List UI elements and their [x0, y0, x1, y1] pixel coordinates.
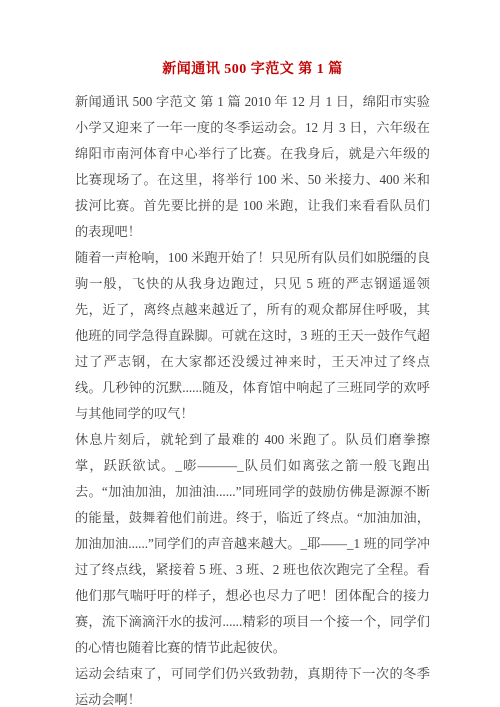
- paragraph: 休息片刻后，就轮到了最难的 400 米跑了。队员们磨拳擦掌，跃跃欲试。_嘭———…: [75, 427, 430, 661]
- document-page: 新闻通讯 500 字范文 第 1 篇 新闻通讯 500 字范文 第 1 篇 20…: [0, 0, 500, 707]
- paragraph: 随着一声枪响，100 米跑开始了！只见所有队员们如脱缰的良驹一般，飞快的从我身边…: [75, 245, 430, 427]
- document-body: 新闻通讯 500 字范文 第 1 篇 2010 年 12 月 1 日，绵阳市实验…: [75, 89, 430, 707]
- paragraph: 运动会结束了，可同学们仍兴致勃勃，真期待下一次的冬季运动会啊！: [75, 661, 430, 707]
- paragraph: 新闻通讯 500 字范文 第 1 篇 2010 年 12 月 1 日，绵阳市实验…: [75, 89, 430, 245]
- document-title: 新闻通讯 500 字范文 第 1 篇: [75, 57, 430, 83]
